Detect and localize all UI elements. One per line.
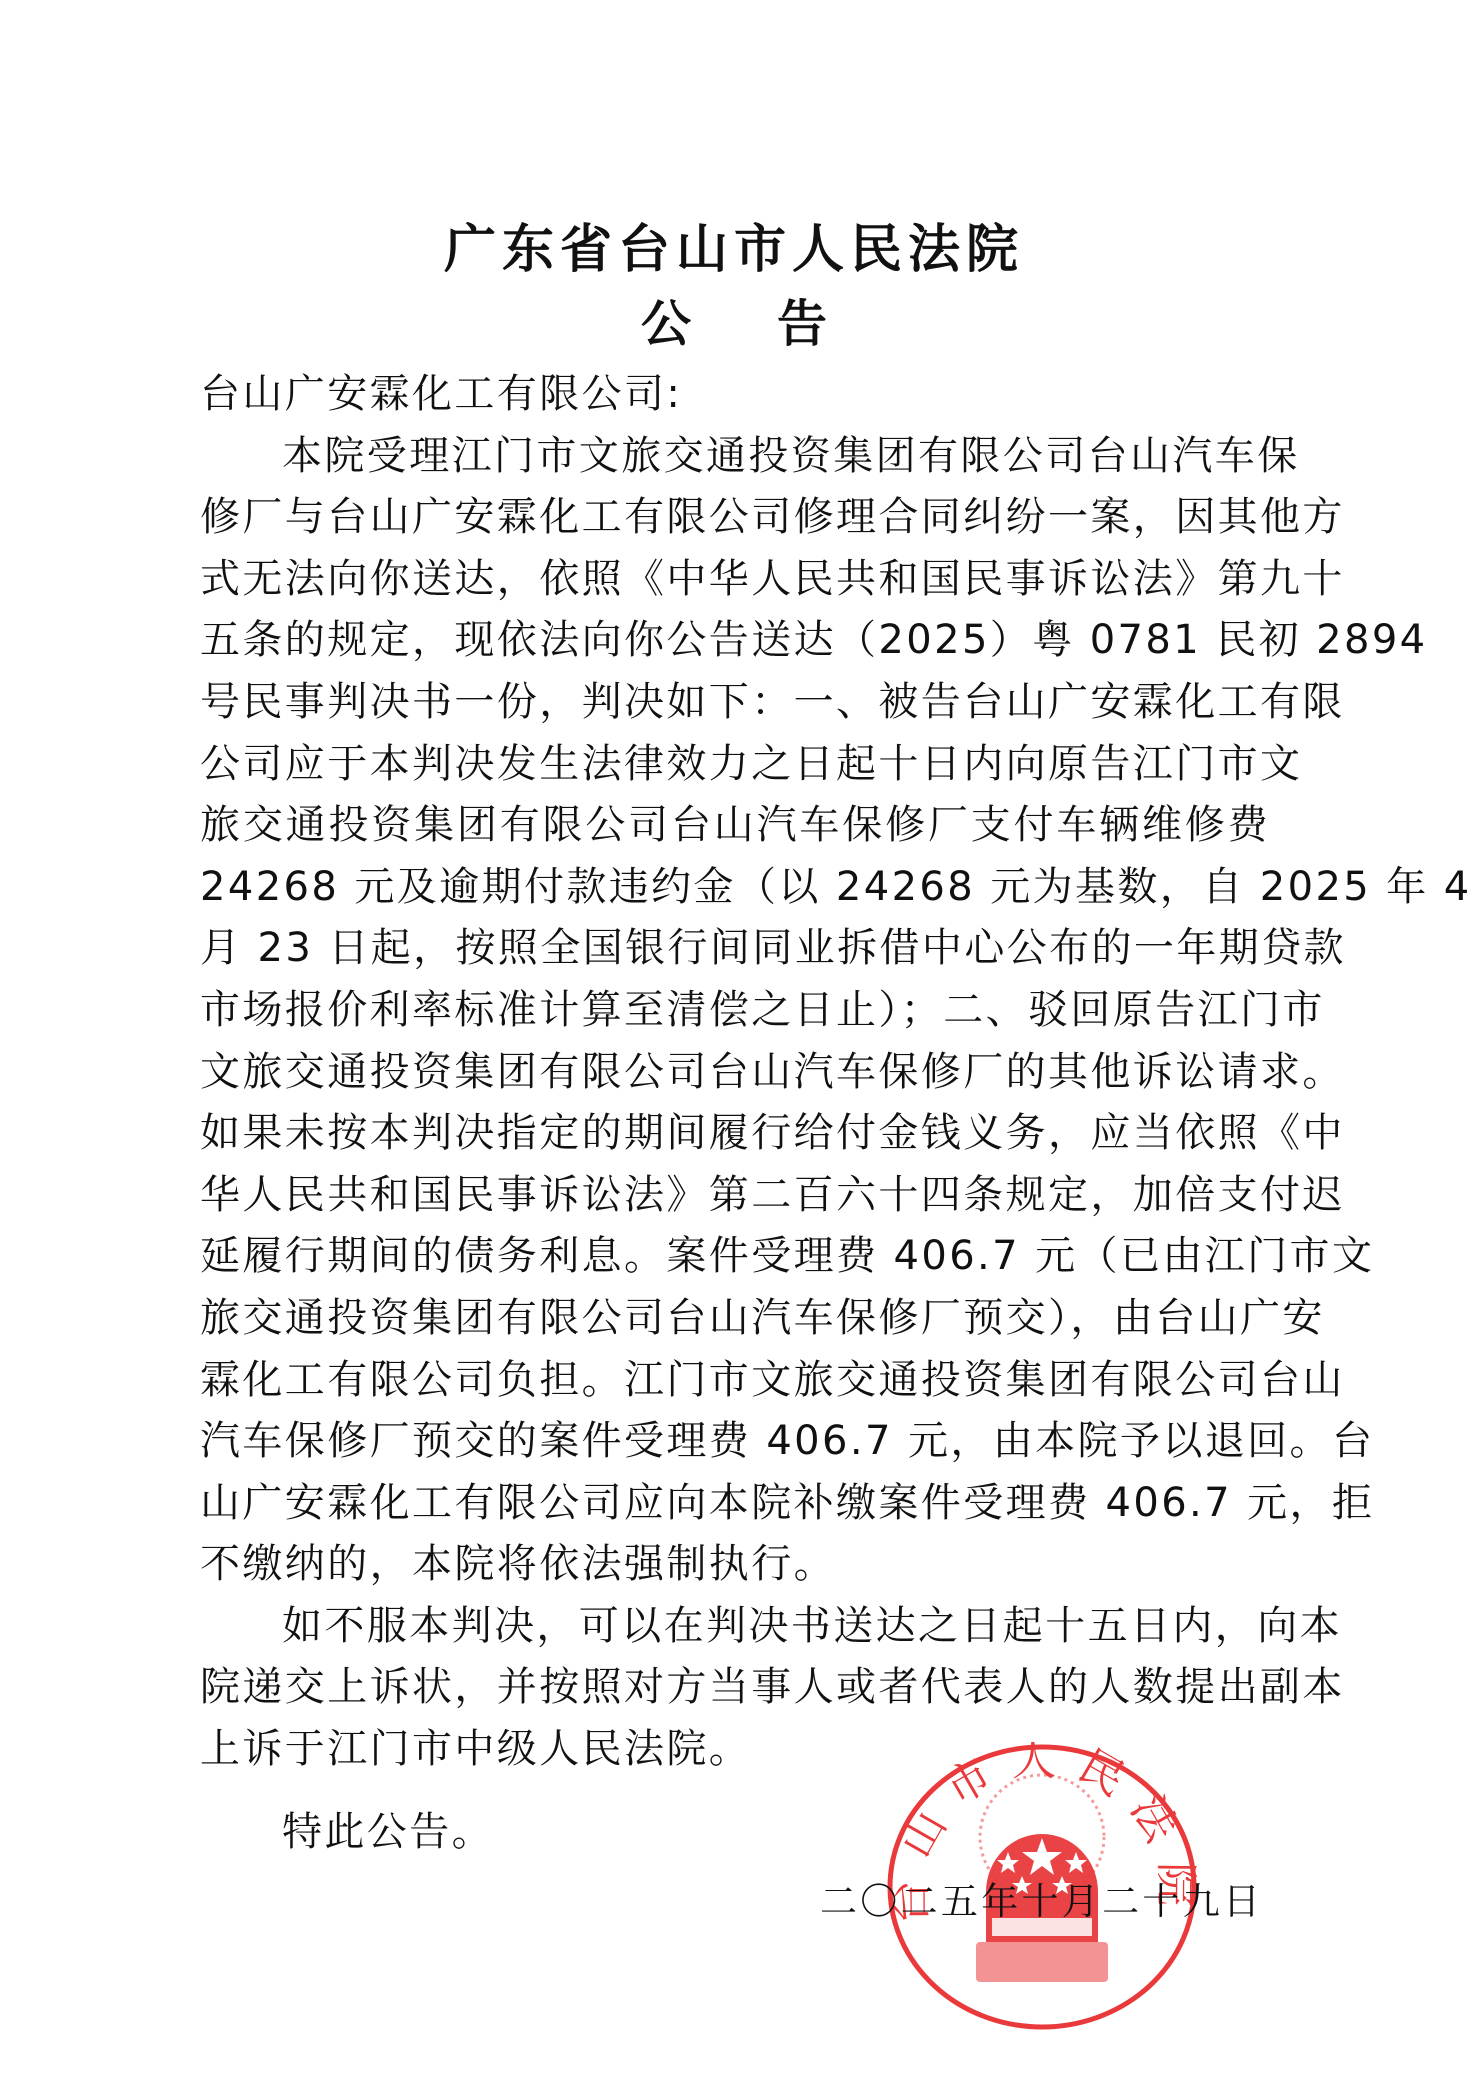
paragraph-2-line: 院递交上诉状，并按照对方当事人或者代表人的人数提出副本 xyxy=(200,1657,1270,1719)
notice-heading-char-1: 公 xyxy=(641,292,691,356)
paragraph-1-line: 不缴纳的，本院将依法强制执行。 xyxy=(200,1534,1270,1596)
paragraph-1-line: 24268 元及逾期付款违约金（以 24268 元为基数，自 2025 年 4 xyxy=(200,857,1270,919)
paragraph-1-line: 市场报价利率标准计算至清偿之日止）；二、驳回原告江门市 xyxy=(200,980,1270,1042)
paragraph-1-line: 月 23 日起，按照全国银行间同业拆借中心公布的一年期贷款 xyxy=(200,918,1270,980)
paragraph-1-line: 文旅交通投资集团有限公司台山汽车保修厂的其他诉讼请求。 xyxy=(200,1042,1270,1104)
notice-heading-char-2: 告 xyxy=(777,292,827,356)
addressee: 台山广安霖化工有限公司: xyxy=(200,364,1270,426)
paragraph-1-line: 华人民共和国民事诉讼法》第二百六十四条规定，加倍支付迟 xyxy=(200,1165,1270,1227)
paragraph-1-line: 延履行期间的债务利息。案件受理费 406.7 元（已由江门市文 xyxy=(200,1226,1270,1288)
notice-date: 二〇二五年十月二十九日 xyxy=(820,1872,1260,1932)
paragraph-1-line: 汽车保修厂预交的案件受理费 406.7 元，由本院予以退回。台 xyxy=(200,1411,1270,1473)
paragraph-1-line: 霖化工有限公司负担。江门市文旅交通投资集团有限公司台山 xyxy=(200,1350,1270,1412)
paragraph-1-line: 山广安霖化工有限公司应向本院补缴案件受理费 406.7 元，拒 xyxy=(200,1473,1270,1535)
court-notice-page: 广东省台山市人民法院 公告 台山广安霖化工有限公司: 本院受理江门市文旅交通投资… xyxy=(0,0,1468,2088)
closing-statement: 特此公告。 xyxy=(282,1802,494,1864)
paragraph-1-line: 五条的规定，现依法向你公告送达（2025）粤 0781 民初 2894 xyxy=(200,610,1270,672)
paragraph-1-line: 公司应于本判决发生法律效力之日起十日内向原告江门市文 xyxy=(200,734,1270,796)
paragraph-1-line: 修厂与台山广安霖化工有限公司修理合同纠纷一案，因其他方 xyxy=(200,487,1270,549)
paragraph-1-line: 旅交通投资集团有限公司台山汽车保修厂支付车辆维修费 xyxy=(200,795,1270,857)
paragraph-2-line: 如不服本判决，可以在判决书送达之日起十五日内，向本 xyxy=(200,1596,1270,1658)
notice-body: 台山广安霖化工有限公司: 本院受理江门市文旅交通投资集团有限公司台山汽车保 修厂… xyxy=(200,364,1270,1781)
notice-heading: 公告 xyxy=(0,292,1468,356)
paragraph-1-line: 旅交通投资集团有限公司台山汽车保修厂预交），由台山广安 xyxy=(200,1288,1270,1350)
paragraph-1-line: 本院受理江门市文旅交通投资集团有限公司台山汽车保 xyxy=(200,426,1270,488)
paragraph-1-line: 式无法向你送达，依照《中华人民共和国民事诉讼法》第九十 xyxy=(200,549,1270,611)
court-name-heading: 广东省台山市人民法院 xyxy=(0,218,1468,282)
paragraph-1-line: 如果未按本判决指定的期间履行给付金钱义务，应当依照《中 xyxy=(200,1103,1270,1165)
paragraph-1-line: 号民事判决书一份，判决如下：一、被告台山广安霖化工有限 xyxy=(200,672,1270,734)
